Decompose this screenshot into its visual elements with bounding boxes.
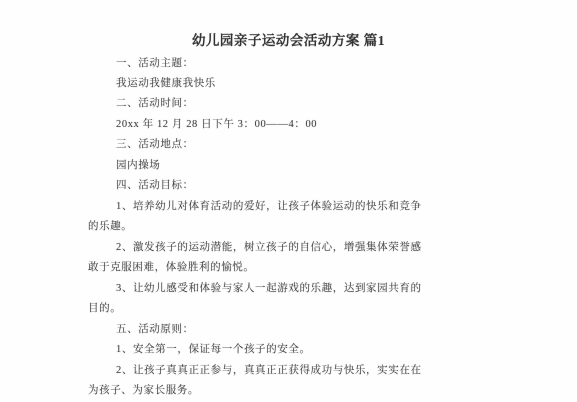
document-line: 3、让幼儿感受和体验与家人一起游戏的乐趣，达到家园共育的 [88,279,557,299]
document-line: 敢于克服困难，体验胜利的愉悦。 [88,258,557,278]
document-line: 四、活动目标： [88,176,557,196]
document-title: 幼儿园亲子运动会活动方案 篇1 [0,33,577,49]
document-line: 二、活动时间： [88,94,557,114]
document-line: 2、让孩子真真正正参与，真真正正获得成功与快乐，实实在在 [88,361,557,381]
document-content: 幼儿园亲子运动会活动方案 篇1 一、活动主题：我运动我健康我快乐二、活动时间：2… [0,0,577,401]
document-line: 一、活动主题： [88,54,557,74]
document-line: 2、激发孩子的运动潜能，树立孩子的自信心，增强集体荣誉感 [88,238,557,258]
document-line: 目的。 [88,299,557,319]
document-line: 1、培养幼儿对体育活动的爱好，让孩子体验运动的快乐和竞争 [88,197,557,217]
document-line: 我运动我健康我快乐 [88,74,557,94]
document-line: 20xx 年 12 月 28 日下午 3：00——4：00 [88,115,557,135]
document-line: 园内操场 [88,156,557,176]
document-line: 三、活动地点： [88,135,557,155]
document-line: 五、活动原则： [88,320,557,340]
document-line: 1、安全第一，保证每一个孩子的安全。 [88,340,557,360]
document-page: 幼儿园亲子运动会活动方案 篇1 一、活动主题：我运动我健康我快乐二、活动时间：2… [0,0,577,402]
document-line: 为孩子、为家长服务。 [88,381,557,401]
document-body: 一、活动主题：我运动我健康我快乐二、活动时间：20xx 年 12 月 28 日下… [0,54,577,402]
document-line: 的乐趣。 [88,217,557,237]
